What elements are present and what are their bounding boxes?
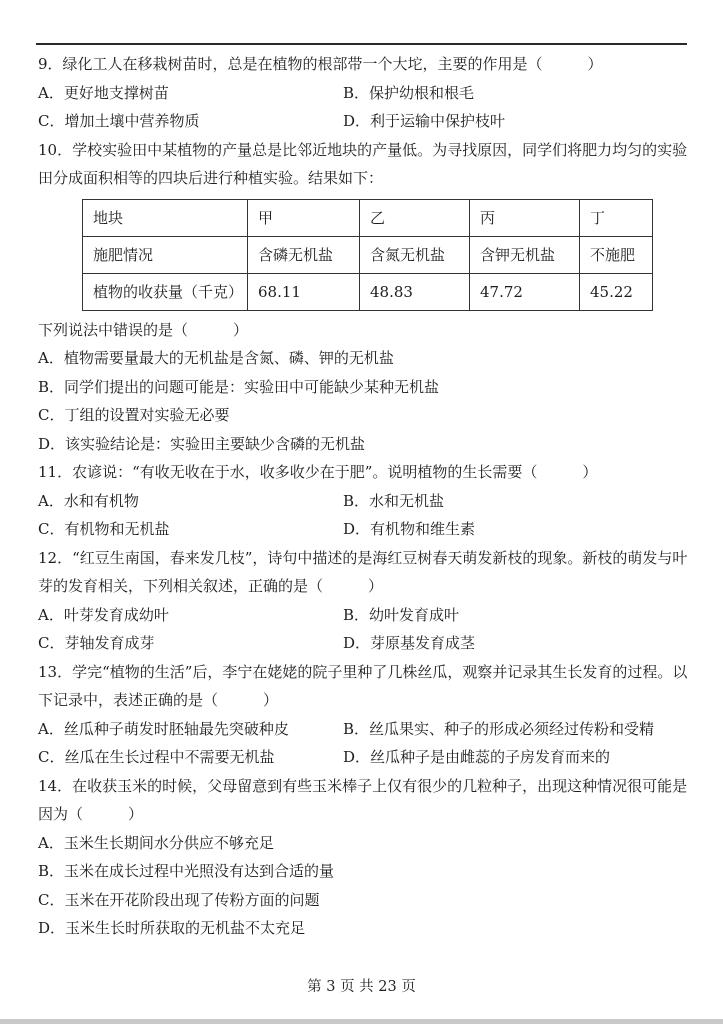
- table-cell: 甲: [248, 199, 360, 236]
- question-9: 9．绿化工人在移栽树苗时，总是在植物的根部带一个大坨，主要的作用是（ ） A．更…: [38, 50, 688, 136]
- question-9-option-b: B．保护幼根和根毛: [343, 79, 688, 108]
- question-13: 13．学完“植物的生活”后，李宁在姥姥的院子里种了几株丝瓜，观察并记录其生长发育…: [38, 658, 688, 772]
- question-13-option-c: C．丝瓜在生长过程中不需要无机盐: [38, 743, 343, 772]
- question-13-option-a: A．丝瓜种子萌发时胚轴最先突破种皮: [38, 715, 343, 744]
- header-rule: [36, 43, 687, 45]
- question-14-option-a: A．玉米生长期间水分供应不够充足: [38, 829, 688, 858]
- question-14-stem: 14．在收获玉米的时候，父母留意到有些玉米棒子上仅有很少的几粒种子，出现这种情况…: [38, 772, 688, 829]
- table-cell: 地块: [83, 199, 248, 236]
- question-13-options-ab: A．丝瓜种子萌发时胚轴最先突破种皮 B．丝瓜果实、种子的形成必须经过传粉和受精: [38, 715, 688, 744]
- question-13-stem: 13．学完“植物的生活”后，李宁在姥姥的院子里种了几株丝瓜，观察并记录其生长发育…: [38, 658, 688, 715]
- question-14: 14．在收获玉米的时候，父母留意到有些玉米棒子上仅有很少的几粒种子，出现这种情况…: [38, 772, 688, 943]
- question-9-option-a: A．更好地支撑树苗: [38, 79, 343, 108]
- table-row-fertilizer: 施肥情况 含磷无机盐 含氮无机盐 含钾无机盐 不施肥: [83, 236, 653, 273]
- table-cell: 48.83: [360, 273, 470, 310]
- table-cell: 45.22: [580, 273, 653, 310]
- question-9-options-cd: C．增加土壤中营养物质 D．利于运输中保护枝叶: [38, 107, 688, 136]
- page-bottom-edge: [0, 1019, 723, 1024]
- question-10: 10．学校实验田中某植物的产量总是比邻近地块的产量低。为寻找原因，同学们将肥力均…: [38, 136, 688, 459]
- table-cell: 丁: [580, 199, 653, 236]
- question-10-option-d: D．该实验结论是：实验田主要缺少含磷的无机盐: [38, 430, 688, 459]
- question-12-options-ab: A．叶芽发育成幼叶 B．幼叶发育成叶: [38, 601, 688, 630]
- table-cell: 68.11: [248, 273, 360, 310]
- question-9-options-ab: A．更好地支撑树苗 B．保护幼根和根毛: [38, 79, 688, 108]
- question-12-option-a: A．叶芽发育成幼叶: [38, 601, 343, 630]
- question-12-option-d: D．芽原基发育成茎: [343, 629, 688, 658]
- question-12-option-c: C．芽轴发育成芽: [38, 629, 343, 658]
- question-13-option-d: D．丝瓜种子是由雌蕊的子房发育而来的: [343, 743, 688, 772]
- question-11: 11．农谚说：“有收无收在于水，收多收少在于肥”。说明植物的生长需要（ ） A．…: [38, 458, 688, 544]
- table-row-plot: 地块 甲 乙 丙 丁: [83, 199, 653, 236]
- question-9-option-c: C．增加土壤中营养物质: [38, 107, 343, 136]
- question-9-option-d: D．利于运输中保护枝叶: [343, 107, 688, 136]
- table-cell: 施肥情况: [83, 236, 248, 273]
- question-14-option-c: C．玉米在开花阶段出现了传粉方面的问题: [38, 886, 688, 915]
- question-13-option-b: B．丝瓜果实、种子的形成必须经过传粉和受精: [343, 715, 688, 744]
- question-14-option-d: D．玉米生长时所获取的无机盐不太充足: [38, 914, 688, 943]
- exam-page: 9．绿化工人在移栽树苗时，总是在植物的根部带一个大坨，主要的作用是（ ） A．更…: [0, 0, 723, 1024]
- question-11-option-c: C．有机物和无机盐: [38, 515, 343, 544]
- question-14-option-b: B．玉米在成长过程中光照没有达到合适的量: [38, 857, 688, 886]
- table-cell: 含氮无机盐: [360, 236, 470, 273]
- question-10-option-b: B．同学们提出的问题可能是：实验田中可能缺少某种无机盐: [38, 373, 688, 402]
- table-cell: 乙: [360, 199, 470, 236]
- question-11-options-ab: A．水和有机物 B．水和无机盐: [38, 487, 688, 516]
- question-12-option-b: B．幼叶发育成叶: [343, 601, 688, 630]
- question-12-options-cd: C．芽轴发育成芽 D．芽原基发育成茎: [38, 629, 688, 658]
- question-10-stem: 10．学校实验田中某植物的产量总是比邻近地块的产量低。为寻找原因，同学们将肥力均…: [38, 136, 688, 193]
- exam-content: 9．绿化工人在移栽树苗时，总是在植物的根部带一个大坨，主要的作用是（ ） A．更…: [38, 50, 688, 943]
- table-cell: 丙: [470, 199, 580, 236]
- question-10-stem2: 下列说法中错误的是（ ）: [38, 316, 688, 345]
- experiment-results-table: 地块 甲 乙 丙 丁 施肥情况 含磷无机盐 含氮无机盐 含钾无机盐 不施肥: [82, 199, 653, 311]
- question-10-option-a: A．植物需要量最大的无机盐是含氮、磷、钾的无机盐: [38, 344, 688, 373]
- table-cell: 植物的收获量（千克）: [83, 273, 248, 310]
- question-12-stem: 12．“红豆生南国，春来发几枝”，诗句中描述的是海红豆树春天萌发新枝的现象。新枝…: [38, 544, 688, 601]
- question-11-option-a: A．水和有机物: [38, 487, 343, 516]
- table-cell: 47.72: [470, 273, 580, 310]
- question-12: 12．“红豆生南国，春来发几枝”，诗句中描述的是海红豆树春天萌发新枝的现象。新枝…: [38, 544, 688, 658]
- question-11-options-cd: C．有机物和无机盐 D．有机物和维生素: [38, 515, 688, 544]
- question-11-stem: 11．农谚说：“有收无收在于水，收多收少在于肥”。说明植物的生长需要（ ）: [38, 458, 688, 487]
- question-11-option-b: B．水和无机盐: [343, 487, 688, 516]
- page-number-footer: 第 3 页 共 23 页: [0, 975, 723, 996]
- table-cell: 含钾无机盐: [470, 236, 580, 273]
- table-cell: 不施肥: [580, 236, 653, 273]
- question-11-option-d: D．有机物和维生素: [343, 515, 688, 544]
- table-row-harvest: 植物的收获量（千克） 68.11 48.83 47.72 45.22: [83, 273, 653, 310]
- question-10-option-c: C．丁组的设置对实验无必要: [38, 401, 688, 430]
- question-9-stem: 9．绿化工人在移栽树苗时，总是在植物的根部带一个大坨，主要的作用是（ ）: [38, 50, 688, 79]
- question-13-options-cd: C．丝瓜在生长过程中不需要无机盐 D．丝瓜种子是由雌蕊的子房发育而来的: [38, 743, 688, 772]
- table-cell: 含磷无机盐: [248, 236, 360, 273]
